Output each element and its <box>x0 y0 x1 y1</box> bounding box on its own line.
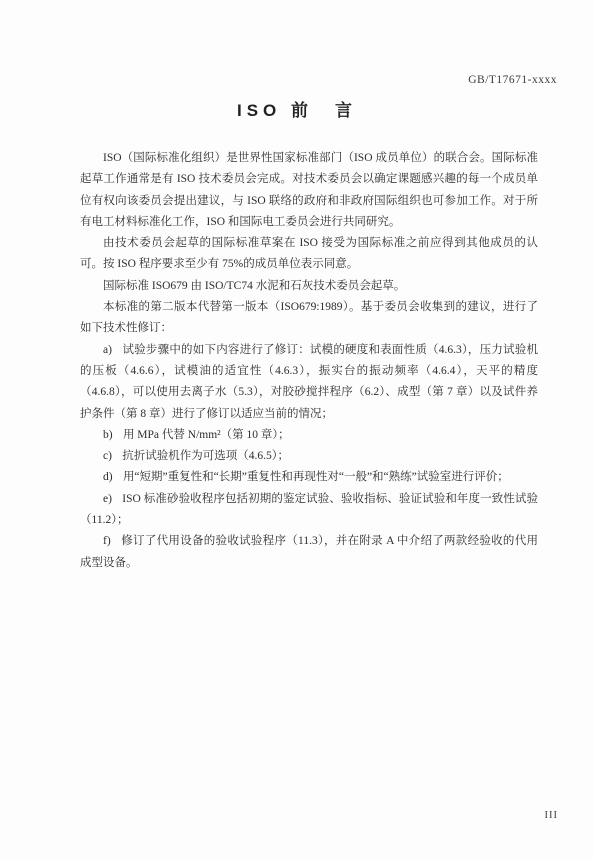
document-body: ISO（国际标准化组织）是世界性国家标准部门（ISO 成员单位）的联合会。国际标… <box>80 148 538 574</box>
page-title: ISO 前 言 <box>0 96 594 121</box>
document-page: GB/T17671-xxxx ISO 前 言 ISO（国际标准化组织）是世界性国… <box>0 0 594 859</box>
paragraph-revision-intro: 本标准的第二版本代替第一版本（ISO679:1989）。基于委员会收集到的建议，… <box>80 297 538 340</box>
paragraph-approval-rule: 由技术委员会起草的国际标准草案在 ISO 接受为国际标准之前应得到其他成员的认可… <box>80 233 538 276</box>
list-text-a: 试验步骤中的如下内容进行了修订：试模的硬度和表面性质（4.6.3），压力试验机的… <box>80 344 538 420</box>
list-marker-e: e) <box>103 493 112 505</box>
list-marker-b: b) <box>103 429 113 441</box>
paragraph-drafting-committee: 国际标准 ISO679 由 ISO/TC74 水泥和石灰技术委员会起草。 <box>80 276 538 297</box>
revision-item-e: e)ISO 标准砂验收程序包括初期的鉴定试验、验收指标、验证试验和年度一致性试验… <box>80 489 538 532</box>
revision-item-c: c)抗折试验机作为可选项（4.6.5）； <box>80 446 538 467</box>
list-text-f: 修订了代用设备的验收试验程序（11.3），并在附录 A 中介绍了两款经验收的代用… <box>80 535 538 568</box>
revision-item-a: a)试验步骤中的如下内容进行了修订：试模的硬度和表面性质（4.6.3），压力试验… <box>80 340 538 425</box>
list-text-b: 用 MPa 代替 N/mm²（第 10 章）； <box>123 429 290 441</box>
paragraph-iso-intro: ISO（国际标准化组织）是世界性国家标准部门（ISO 成员单位）的联合会。国际标… <box>80 148 538 233</box>
revision-item-d: d)用“短期”重复性和“长期”重复性和再现性对“一般”和“熟练”试验室进行评价； <box>80 467 538 488</box>
list-marker-f: f) <box>103 535 111 547</box>
list-text-e: ISO 标准砂验收程序包括初期的鉴定试验、验收指标、验证试验和年度一致性试验（1… <box>80 493 538 526</box>
page-number: III <box>545 810 559 821</box>
revision-item-b: b)用 MPa 代替 N/mm²（第 10 章）； <box>80 425 538 446</box>
list-text-c: 抗折试验机作为可选项（4.6.5）； <box>122 450 289 462</box>
list-marker-a: a) <box>103 344 112 356</box>
list-text-d: 用“短期”重复性和“长期”重复性和再现性对“一般”和“熟练”试验室进行评价； <box>123 471 509 483</box>
standard-code: GB/T17671-xxxx <box>468 74 557 86</box>
revision-item-f: f)修订了代用设备的验收试验程序（11.3），并在附录 A 中介绍了两款经验收的… <box>80 531 538 574</box>
list-marker-c: c) <box>103 450 112 462</box>
list-marker-d: d) <box>103 471 113 483</box>
